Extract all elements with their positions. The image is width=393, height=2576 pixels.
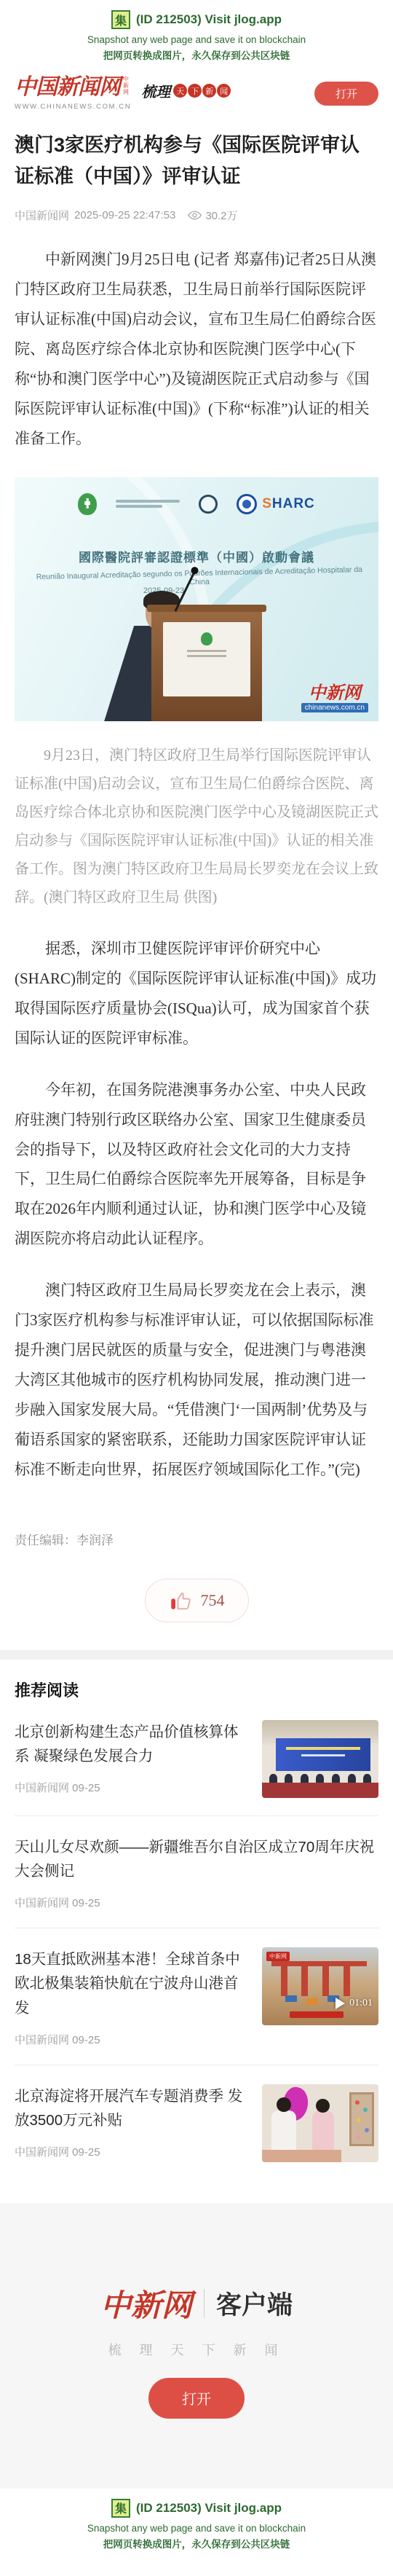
logo-calligraphy: 中国新闻网 bbox=[15, 76, 120, 98]
tagline-seal: 下 bbox=[188, 84, 202, 98]
page-title: 澳门3家医疗机构参与《国际医院评审认证标准（中国）》评审认证 bbox=[15, 130, 378, 192]
footer-app-label: 客户端 bbox=[216, 2285, 293, 2322]
section-divider bbox=[0, 1650, 393, 1660]
video-duration: 01:01 bbox=[349, 1998, 373, 2009]
rec-thumbnail bbox=[262, 2084, 378, 2162]
health-bureau-logo-icon bbox=[78, 493, 97, 515]
ad-subtitle-cn: 把网页转换成图片，永久保存到公共区块链 bbox=[0, 2536, 393, 2551]
source-name: 中国新闻网 bbox=[15, 208, 69, 223]
logo-url: WWW.CHINANEWS.COM.CN bbox=[15, 103, 131, 111]
thumb-logo-badge: 中新网 bbox=[266, 1952, 290, 1961]
recommend-section: 推荐阅读 北京创新构建生态产品价值核算体系 凝聚绿色发展合力 中国新闻网 09-… bbox=[0, 1660, 393, 2183]
footer-open-button[interactable]: 打开 bbox=[148, 2378, 245, 2419]
rec-source: 中国新闻网 09-25 bbox=[15, 2032, 250, 2047]
view-count: 30.2万 bbox=[205, 208, 237, 223]
paragraph: 今年初，在国务院港澳事务办公室、中央人民政府驻澳门特别行政区联络办公室、国家卫生… bbox=[15, 1075, 378, 1254]
editor-line: 责任编辑：李润泽 bbox=[15, 1530, 378, 1548]
rec-thumbnail bbox=[262, 1720, 378, 1798]
article: 澳门3家医疗机构参与《国际医院评审认证标准（中国）》评审认证 中国新闻网 202… bbox=[0, 130, 393, 1622]
header-tagline: 梳理 天 下 新 闻 bbox=[141, 80, 231, 101]
list-item[interactable]: 北京创新构建生态产品价值核算体系 凝聚绿色发展合力 中国新闻网 09-25 bbox=[15, 1701, 378, 1816]
play-icon bbox=[336, 1998, 345, 2009]
sharc-logo-icon bbox=[237, 494, 257, 514]
backdrop-title: 國際醫院評審認證標準（中國）啟動會議 bbox=[15, 547, 378, 565]
list-item[interactable]: 天山儿女尽欢颜——新疆维吾尔自治区成立70周年庆祝大会侧记 中国新闻网 09-2… bbox=[15, 1816, 378, 1928]
app-footer: 中新网 客户端 梳 理 天 下 新 闻 打开 bbox=[0, 2203, 393, 2489]
hospital-logo-icon bbox=[199, 495, 218, 514]
footer-tagline: 梳 理 天 下 新 闻 bbox=[0, 2340, 393, 2359]
rec-source: 中国新闻网 09-25 bbox=[15, 1780, 250, 1795]
photo-watermark: 中新网 chinanews.com.cn bbox=[301, 683, 368, 712]
paragraph: 据悉，深圳市卫健医院评审评价研究中心(SHARC)制定的《国际医院评审认证标准(… bbox=[15, 934, 378, 1053]
tagline-seal: 闻 bbox=[217, 84, 231, 98]
rec-source: 中国新闻网 09-25 bbox=[15, 2144, 250, 2159]
rec-source: 中国新闻网 09-25 bbox=[15, 1895, 378, 1910]
footer-divider bbox=[204, 2289, 205, 2318]
paragraph: 中新网澳门9月25日电 (记者 郑嘉伟)记者25日从澳门特区政府卫生局获悉，卫生… bbox=[15, 245, 378, 454]
paragraph: 澳门特区政府卫生局局长罗奕龙在会上表示，澳门3家医疗机构参与标准评审认证，可以依… bbox=[15, 1276, 378, 1485]
tagline-seal: 新 bbox=[202, 84, 216, 98]
rec-title: 18天直抵欧洲基本港！全球首条中欧北极集装箱快航在宁波舟山港首发 bbox=[15, 1947, 250, 2020]
ad-link-text: (ID 212503) Visit jlog.app bbox=[136, 12, 282, 27]
logo-side-chars: 中 新 网 bbox=[123, 76, 129, 95]
article-photo: SHARC 國際醫院評審認證標準（中國）啟動會議 Reunião Inaugur… bbox=[15, 477, 378, 721]
sharc-label: SHARC bbox=[262, 496, 315, 512]
ad-subtitle-en: Snapshot any web page and save it on blo… bbox=[0, 34, 393, 45]
chinanews-logo: 中国新闻网 中 新 网 WWW.CHINANEWS.COM.CN bbox=[15, 76, 131, 111]
like-count: 754 bbox=[201, 1591, 225, 1610]
list-item[interactable]: 18天直抵欧洲基本港！全球首条中欧北极集装箱快航在宁波舟山港首发 中国新闻网 0… bbox=[15, 1928, 378, 2065]
bottom-ad-banner: 集 (ID 212503) Visit jlog.app Snapshot an… bbox=[0, 2489, 393, 2558]
snapshot-icon: 集 bbox=[111, 2499, 130, 2518]
eye-icon bbox=[188, 211, 202, 220]
rec-title: 北京创新构建生态产品价值核算体系 凝聚绿色发展合力 bbox=[15, 1720, 250, 1768]
list-item[interactable]: 北京海淀将开展汽车专题消费季 发放3500万元补贴 中国新闻网 09-25 bbox=[15, 2065, 378, 2180]
ad-subtitle-en: Snapshot any web page and save it on blo… bbox=[0, 2523, 393, 2534]
ad-link[interactable]: 集 (ID 212503) Visit jlog.app bbox=[0, 10, 393, 29]
open-app-button[interactable]: 打开 bbox=[314, 82, 378, 106]
article-meta: 中国新闻网 2025-09-25 22:47:53 30.2万 bbox=[15, 208, 378, 223]
top-ad-banner: 集 (ID 212503) Visit jlog.app Snapshot an… bbox=[0, 0, 393, 69]
rec-title: 天山儿女尽欢颜——新疆维吾尔自治区成立70周年庆祝大会侧记 bbox=[15, 1835, 378, 1883]
rec-title: 北京海淀将开展汽车专题消费季 发放3500万元补贴 bbox=[15, 2084, 250, 2132]
podium bbox=[151, 610, 262, 721]
site-header: 中国新闻网 中 新 网 WWW.CHINANEWS.COM.CN 梳理 天 下 … bbox=[0, 69, 393, 122]
footer-logo: 中新网 bbox=[100, 2282, 192, 2325]
thumb-up-icon bbox=[169, 1590, 194, 1611]
like-button[interactable]: 754 bbox=[145, 1579, 249, 1622]
ad-link-text: (ID 212503) Visit jlog.app bbox=[136, 2501, 282, 2516]
photo-caption: 9月23日，澳门特区政府卫生局举行国际医院评审认证标准(中国)启动会议，宣布卫生… bbox=[15, 742, 378, 912]
ad-link[interactable]: 集 (ID 212503) Visit jlog.app bbox=[0, 2499, 393, 2518]
ad-subtitle-cn: 把网页转换成图片，永久保存到公共区块链 bbox=[0, 47, 393, 62]
publish-time: 2025-09-25 22:47:53 bbox=[74, 209, 175, 221]
tagline-seal: 天 bbox=[173, 84, 187, 98]
recommend-heading: 推荐阅读 bbox=[15, 1678, 378, 1701]
rec-video-thumbnail: 中新网 01:01 bbox=[262, 1947, 378, 2025]
snapshot-icon: 集 bbox=[111, 10, 130, 29]
